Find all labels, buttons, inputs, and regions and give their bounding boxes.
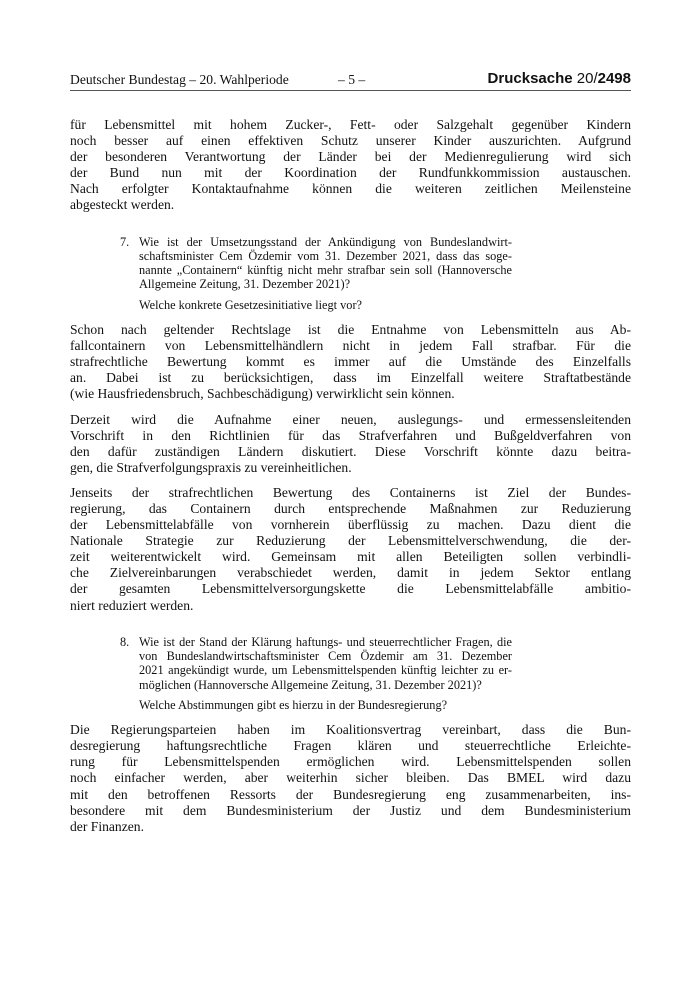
text-line: Die Regierungsparteien haben im Koalitio… <box>70 722 631 738</box>
question-line: von Bundeslandwirtschaftsminister Cem Öz… <box>139 649 512 663</box>
answer-7-paragraph-3: Jenseits der strafrechtlichen Bewertung … <box>70 485 631 614</box>
text-line: Jenseits der strafrechtlichen Bewertung … <box>70 485 631 501</box>
text-line: che Zielvereinbarungen verabschiedet wer… <box>70 565 631 581</box>
text-line: strafrechtliche Bewertung kommt es immer… <box>70 354 631 370</box>
document-body: für Lebensmittel mit hohem Zucker-, Fett… <box>70 117 631 844</box>
header-page-number: – 5 – <box>338 72 365 88</box>
text-line: besondere mit dem Bundesministerium der … <box>70 803 631 819</box>
text-line: der besonderen Verantwortung der Länder … <box>70 149 631 165</box>
text-line: niert reduziert werden. <box>70 598 631 614</box>
text-line: Nach erfolgter Kontaktaufnahme können di… <box>70 181 631 197</box>
text-line: gen, die Strafverfolgungspraxis zu verei… <box>70 460 631 476</box>
text-line: noch besser auf einen effektiven Schutz … <box>70 133 631 149</box>
text-line: mit den betroffenen Ressorts der Bundesr… <box>70 787 631 803</box>
text-line: der Lebensmittelabfälle von vornherein ü… <box>70 517 631 533</box>
question-subquestion: Welche Abstimmungen gibt es hierzu in de… <box>139 698 512 712</box>
question-8: 8. Wie ist der Stand der Klärung haftung… <box>70 635 512 712</box>
text-line: (wie Hausfriedensbruch, Sachbeschädigung… <box>70 386 631 402</box>
question-line: Wie ist der Stand der Klärung haftungs- … <box>139 635 512 649</box>
answer-7-paragraph-2: Derzeit wird die Aufnahme einer neuen, a… <box>70 412 631 476</box>
text-line: desregierung haftungsrechtliche Fragen k… <box>70 738 631 754</box>
answer-8-paragraph: Die Regierungsparteien haben im Koalitio… <box>70 722 631 835</box>
text-line: noch einfacher werden, aber weiterhin si… <box>70 770 631 786</box>
text-line: der Bund nun mit der Koordination der Ru… <box>70 165 631 181</box>
header-doc-period: 20/ <box>577 70 598 87</box>
header-doc-label: Drucksache <box>488 70 577 87</box>
text-line: für Lebensmittel mit hohem Zucker-, Fett… <box>70 117 631 133</box>
text-line: rung für Lebensmittelspenden ermöglichen… <box>70 754 631 770</box>
question-subquestion: Welche konkrete Gesetzesinitiative liegt… <box>139 298 512 312</box>
answer-paragraph-continued: für Lebensmittel mit hohem Zucker-, Fett… <box>70 117 631 214</box>
question-line: 2021 angekündigt wurde, um Lebensmittels… <box>139 663 512 677</box>
text-line: Vorschrift in den Richtlinien für das St… <box>70 428 631 444</box>
question-line: Allgemeine Zeitung, 31. Dezember 2021)? <box>139 277 512 291</box>
header-doc-id: 2498 <box>598 70 631 87</box>
question-number: 7. <box>120 235 129 249</box>
question-number: 8. <box>120 635 129 649</box>
question-line: schaftsminister Cem Özdemir vom 31. Deze… <box>139 249 512 263</box>
question-7: 7. Wie ist der Umsetzungsstand der Ankün… <box>70 235 512 312</box>
text-line: zeit weiterentwickelt wird. Gemeinsam mi… <box>70 549 631 565</box>
text-line: Derzeit wird die Aufnahme einer neuen, a… <box>70 412 631 428</box>
text-line: abgesteckt werden. <box>70 197 631 213</box>
question-line: nannte „Containern“ künftig nicht mehr s… <box>139 263 512 277</box>
question-line: möglichen (Hannoversche Allgemeine Zeitu… <box>139 678 512 692</box>
text-line: fallcontainern von Lebensmittelhändlern … <box>70 338 631 354</box>
text-line: Schon nach geltender Rechtslage ist die … <box>70 322 631 338</box>
document-page: Deutscher Bundestag – 20. Wahlperiode – … <box>0 0 700 990</box>
text-line: der gesamten Lebensmittelversorgungskett… <box>70 581 631 597</box>
text-line: der Finanzen. <box>70 819 631 835</box>
text-line: den dafür zuständigen Ländern diskutiert… <box>70 444 631 460</box>
text-line: an. Dabei ist zu berücksichtigen, dass i… <box>70 370 631 386</box>
page-header: Deutscher Bundestag – 20. Wahlperiode – … <box>70 70 631 91</box>
text-line: Nationale Strategie zur Reduzierung der … <box>70 533 631 549</box>
text-line: regierung, das Containern durch entsprec… <box>70 501 631 517</box>
question-line: Wie ist der Umsetzungsstand der Ankündig… <box>139 235 512 249</box>
answer-7-paragraph-1: Schon nach geltender Rechtslage ist die … <box>70 322 631 402</box>
header-parliament-period: Deutscher Bundestag – 20. Wahlperiode <box>70 72 289 88</box>
header-document-number: Drucksache 20/2498 <box>488 70 631 87</box>
